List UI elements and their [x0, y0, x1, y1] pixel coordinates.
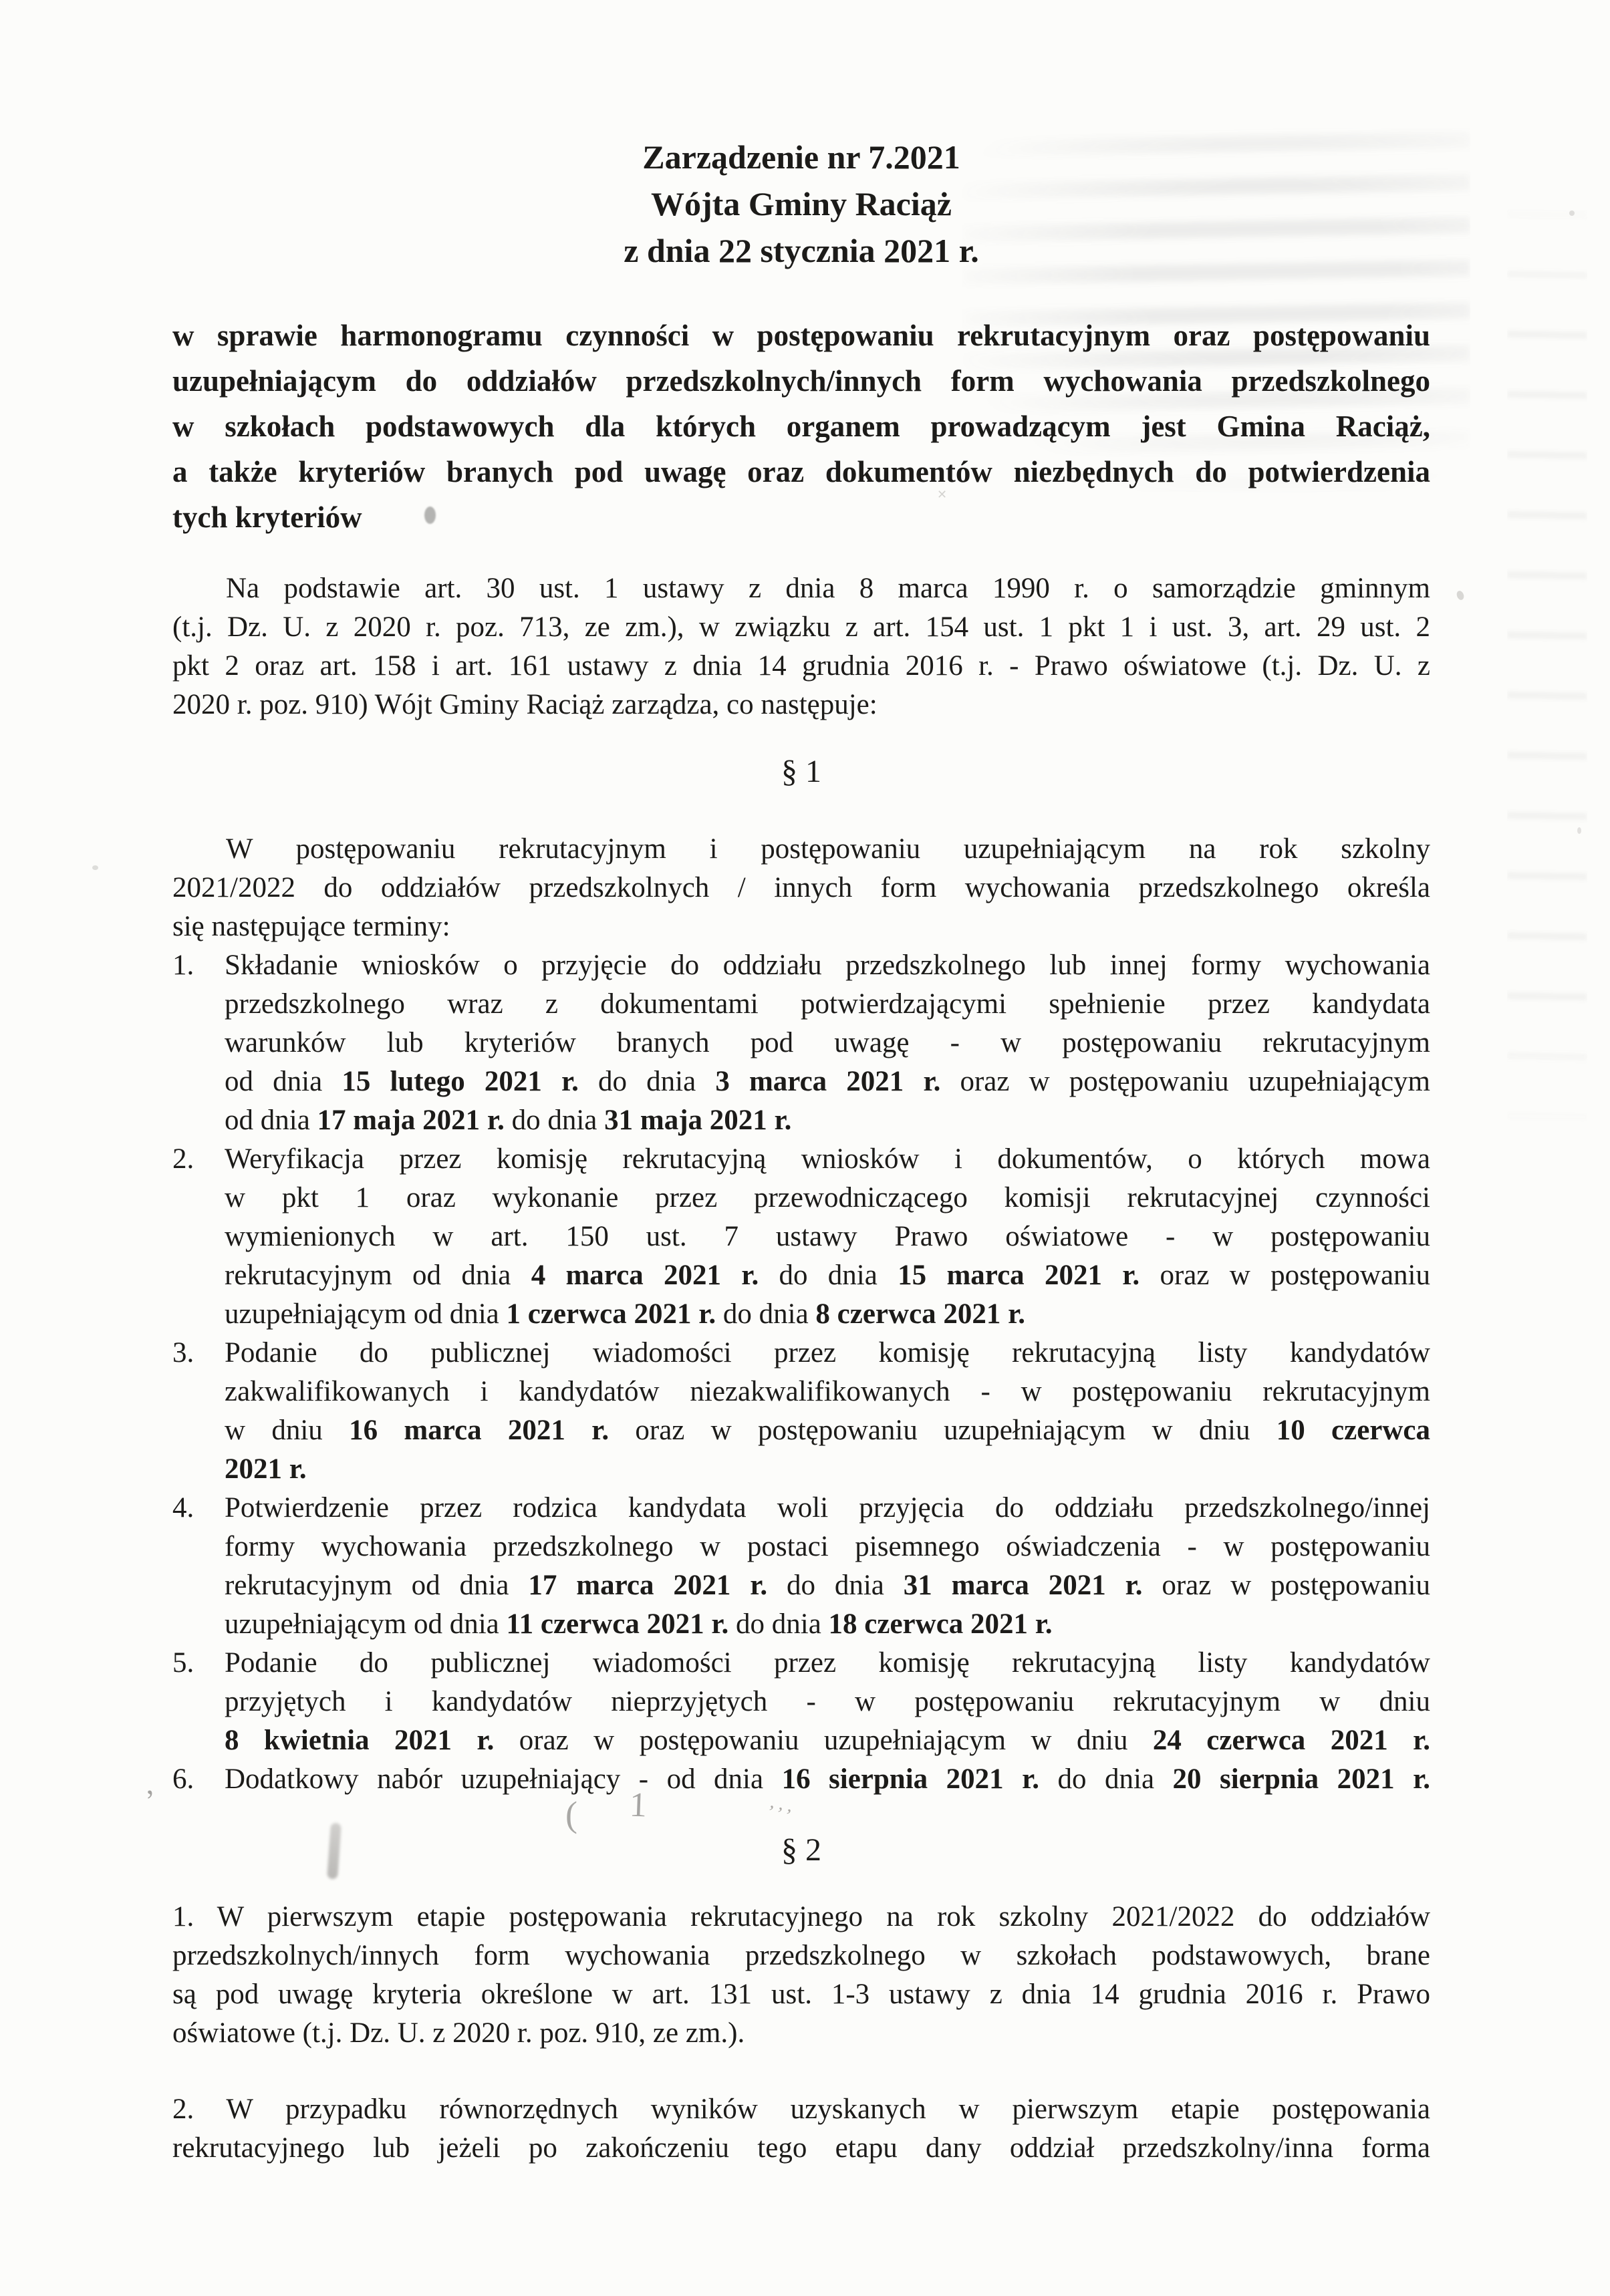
text-line: pkt 2 oraz art. 158 i art. 161 ustawy z …: [172, 647, 1430, 686]
text-run: tych kryteriów: [172, 500, 362, 534]
list-item-number: 6.: [172, 1760, 194, 1799]
text-line: przedszkolnego wraz z dokumentami potwie…: [225, 985, 1430, 1024]
text-run: do dnia: [1039, 1763, 1172, 1795]
text-line: w dniu 16 marca 2021 r. oraz w postępowa…: [225, 1411, 1430, 1450]
text-run: są pod uwagę kryteria określone w art. 1…: [172, 1979, 1430, 2010]
bold-text-run: 11 czerwca 2021 r.: [507, 1608, 729, 1640]
text-run: rekrutacyjnym od dnia: [225, 1570, 528, 1601]
text-run: wymienionych w art. 150 ust. 7 ustawy Pr…: [225, 1221, 1430, 1252]
text-line: Potwierdzenie przez rodzica kandydata wo…: [225, 1489, 1430, 1528]
text-run: W postępowaniu rekrutacyjnym i postępowa…: [226, 833, 1430, 865]
scan-stray-paren: (: [565, 1793, 577, 1835]
text-run: od dnia: [225, 1105, 317, 1136]
text-line: się następujące terminy:: [172, 907, 1430, 946]
text-line: są pod uwagę kryteria określone w art. 1…: [172, 1975, 1430, 2014]
scan-speck: [92, 865, 98, 870]
text-run: w szkołach podstawowych dla których orga…: [172, 410, 1430, 443]
block-title: Zarządzenie nr 7.2021Wójta Gminy Raciążz…: [172, 134, 1430, 274]
text-line: Zarządzenie nr 7.2021: [172, 134, 1430, 180]
scan-edge-noise: [1507, 174, 1587, 1143]
text-line: (t.j. Dz. U. z 2020 r. poz. 713, ze zm.)…: [172, 608, 1430, 647]
text-run: rekrutacyjnym od dnia: [225, 1260, 531, 1291]
list-item-number: 3.: [172, 1334, 194, 1373]
block-s2: § 2: [172, 1831, 1430, 1870]
scan-speck: [1569, 210, 1575, 216]
list-item: 5.Podanie do publicznej wiadomości przez…: [172, 1644, 1430, 1760]
scan-stray-quote: ’: [143, 1782, 158, 1819]
text-run: Potwierdzenie przez rodzica kandydata wo…: [225, 1492, 1430, 1524]
bold-text-run: 16 sierpnia 2021 r.: [782, 1763, 1039, 1795]
text-line: formy wychowania przedszkolnego w postac…: [225, 1528, 1430, 1566]
bold-text-run: 15 marca 2021 r.: [898, 1260, 1139, 1291]
bold-text-run: 31 marca 2021 r.: [904, 1570, 1143, 1601]
bold-text-run: 1 czerwca 2021 r.: [507, 1298, 716, 1330]
block-s2-p1: 1. W pierwszym etapie postępowania rekru…: [172, 1898, 1430, 2053]
text-line: od dnia 17 maja 2021 r. do dnia 31 maja …: [225, 1101, 1430, 1140]
text-run: do dnia: [579, 1066, 715, 1097]
text-run: oraz w postępowaniu uzupełniającym: [940, 1066, 1430, 1097]
text-run: 2021/2022 do oddziałów przedszkolnych / …: [172, 872, 1430, 903]
text-run: Wójta Gminy Raciąż: [651, 185, 952, 223]
text-run: w dniu: [225, 1415, 349, 1446]
text-run: przyjętych i kandydatów nieprzyjętych - …: [225, 1686, 1430, 1717]
text-run: się następujące terminy:: [172, 911, 450, 942]
text-line: zakwalifikowanych i kandydatów niezakwal…: [225, 1373, 1430, 1411]
text-line: uzupełniającym od dnia 11 czerwca 2021 r…: [225, 1605, 1430, 1644]
text-line: Wójta Gminy Raciąż: [172, 180, 1430, 227]
scan-speck-x: ✕: [937, 488, 947, 502]
bold-text-run: 8 czerwca 2021 r.: [815, 1298, 1025, 1330]
text-run: oraz w postępowaniu uzupełniającym w dni…: [494, 1725, 1153, 1756]
bold-text-run: 10 czerwca: [1277, 1415, 1430, 1446]
text-line: 2021 r.: [225, 1450, 1430, 1489]
text-run: § 2: [781, 1832, 821, 1868]
text-run: przedszkolnego wraz z dokumentami potwie…: [225, 988, 1430, 1020]
block-s1: § 1: [172, 752, 1430, 791]
text-run: do dnia: [505, 1105, 604, 1136]
text-run: Weryfikacja przez komisję rekrutacyjną w…: [225, 1143, 1430, 1175]
text-line: przyjętych i kandydatów nieprzyjętych - …: [225, 1683, 1430, 1721]
scan-speck: [1577, 827, 1581, 834]
scan-speck: [1456, 590, 1465, 601]
bold-text-run: 3 marca 2021 r.: [715, 1066, 940, 1097]
block-s2-p2: 2. W przypadku równorzędnych wyników uzy…: [172, 2090, 1430, 2168]
block-subject: w sprawie harmonogramu czynności w postę…: [172, 313, 1430, 540]
text-line: 2020 r. poz. 910) Wójt Gminy Raciąż zarz…: [172, 686, 1430, 724]
bold-text-run: 24 czerwca 2021 r.: [1153, 1725, 1430, 1756]
text-line: w sprawie harmonogramu czynności w postę…: [172, 313, 1430, 358]
text-line: § 1: [172, 752, 1430, 791]
text-run: (t.j. Dz. U. z 2020 r. poz. 713, ze zm.)…: [172, 611, 1430, 643]
scan-smudge-dot: [424, 507, 436, 524]
block-s1-intro: W postępowaniu rekrutacyjnym i postępowa…: [172, 830, 1430, 946]
text-line: 2021/2022 do oddziałów przedszkolnych / …: [172, 869, 1430, 907]
text-run: a także kryteriów branych pod uwagę oraz…: [172, 455, 1430, 488]
text-run: Składanie wniosków o przyjęcie do oddzia…: [225, 950, 1430, 981]
text-run: pkt 2 oraz art. 158 i art. 161 ustawy z …: [172, 650, 1430, 682]
text-run: do dnia: [716, 1298, 815, 1330]
text-run: oraz w postępowaniu: [1142, 1570, 1430, 1601]
text-line: Na podstawie art. 30 ust. 1 ustawy z dni…: [172, 569, 1430, 608]
text-line: uzupełniającym od dnia 1 czerwca 2021 r.…: [225, 1295, 1430, 1334]
bold-text-run: 16 marca 2021 r.: [349, 1415, 609, 1446]
text-run: oraz w postępowaniu: [1139, 1260, 1430, 1291]
list-item: 2.Weryfikacja przez komisję rekrutacyjną…: [172, 1140, 1430, 1334]
bold-text-run: 20 sierpnia 2021 r.: [1173, 1763, 1430, 1795]
text-run: Podanie do publicznej wiadomości przez k…: [225, 1337, 1430, 1369]
text-run: oraz w postępowaniu uzupełniającym w dni…: [609, 1415, 1277, 1446]
text-line: w szkołach podstawowych dla których orga…: [172, 404, 1430, 449]
text-line: 8 kwietnia 2021 r. oraz w postępowaniu u…: [225, 1721, 1430, 1760]
list-item-number: 2.: [172, 1140, 194, 1179]
text-line: uzupełniającym do oddziałów przedszkolny…: [172, 358, 1430, 404]
bold-text-run: 4 marca 2021 r.: [531, 1260, 759, 1291]
text-line: a także kryteriów branych pod uwagę oraz…: [172, 449, 1430, 494]
bold-text-run: 8 kwietnia 2021 r.: [225, 1725, 494, 1756]
bold-text-run: 2021 r.: [225, 1453, 307, 1485]
text-line: rekrutacyjnego lub jeżeli po zakończeniu…: [172, 2129, 1430, 2168]
text-run: w sprawie harmonogramu czynności w postę…: [172, 319, 1430, 352]
text-run: oświatowe (t.j. Dz. U. z 2020 r. poz. 91…: [172, 2017, 745, 2049]
text-line: w pkt 1 oraz wykonanie przez przewodnicz…: [225, 1179, 1430, 1217]
text-line: § 2: [172, 1831, 1430, 1870]
block-s1-list: 1.Składanie wniosków o przyjęcie do oddz…: [172, 946, 1430, 1799]
bold-text-run: 17 maja 2021 r.: [317, 1105, 505, 1136]
bold-text-run: 15 lutego 2021 r.: [342, 1066, 579, 1097]
block-preamble: Na podstawie art. 30 ust. 1 ustawy z dni…: [172, 569, 1430, 724]
text-run: uzupełniającym od dnia: [225, 1608, 507, 1640]
text-run: zakwalifikowanych i kandydatów niezakwal…: [225, 1376, 1430, 1407]
text-line: Składanie wniosków o przyjęcie do oddzia…: [225, 946, 1430, 985]
text-run: uzupełniającym do oddziałów przedszkolny…: [172, 364, 1430, 398]
bold-text-run: 18 czerwca 2021 r.: [829, 1608, 1053, 1640]
text-line: od dnia 15 lutego 2021 r. do dnia 3 marc…: [225, 1062, 1430, 1101]
text-line: przedszkolnych/innych form wychowania pr…: [172, 1936, 1430, 1975]
text-run: przedszkolnych/innych form wychowania pr…: [172, 1940, 1430, 1971]
text-line: Podanie do publicznej wiadomości przez k…: [225, 1644, 1430, 1683]
text-line: rekrutacyjnym od dnia 17 marca 2021 r. d…: [225, 1566, 1430, 1605]
text-line: tych kryteriów: [172, 494, 1430, 540]
list-item-number: 1.: [172, 946, 194, 985]
text-run: do dnia: [728, 1608, 828, 1640]
text-line: W postępowaniu rekrutacyjnym i postępowa…: [172, 830, 1430, 869]
list-item-number: 5.: [172, 1644, 194, 1683]
list-item: 6.Dodatkowy nabór uzupełniający - od dni…: [172, 1760, 1430, 1799]
text-run: do dnia: [767, 1570, 904, 1601]
text-run: uzupełniającym od dnia: [225, 1298, 507, 1330]
text-run: Na podstawie art. 30 ust. 1 ustawy z dni…: [226, 573, 1430, 604]
text-run: z dnia 22 stycznia 2021 r.: [624, 232, 979, 269]
text-line: warunków lub kryteriów branych pod uwagę…: [225, 1024, 1430, 1062]
text-run: od dnia: [225, 1066, 342, 1097]
scan-stray-stroke: 1: [629, 1785, 648, 1826]
text-run: rekrutacyjnego lub jeżeli po zakończeniu…: [172, 2132, 1430, 2164]
text-line: 2. W przypadku równorzędnych wyników uzy…: [172, 2090, 1430, 2129]
text-run: 1. W pierwszym etapie postępowania rekru…: [172, 1901, 1430, 1932]
text-run: § 1: [781, 754, 821, 789]
text-run: warunków lub kryteriów branych pod uwagę…: [225, 1027, 1430, 1058]
list-item: 1.Składanie wniosków o przyjęcie do oddz…: [172, 946, 1430, 1140]
text-line: Podanie do publicznej wiadomości przez k…: [225, 1334, 1430, 1373]
text-line: Dodatkowy nabór uzupełniający - od dnia …: [225, 1760, 1430, 1799]
document-page: Zarządzenie nr 7.2021Wójta Gminy Raciążz…: [0, 0, 1610, 2296]
text-line: Weryfikacja przez komisję rekrutacyjną w…: [225, 1140, 1430, 1179]
bold-text-run: 31 maja 2021 r.: [604, 1105, 791, 1136]
text-line: 1. W pierwszym etapie postępowania rekru…: [172, 1898, 1430, 1936]
list-item: 3.Podanie do publicznej wiadomości przez…: [172, 1334, 1430, 1489]
text-run: Dodatkowy nabór uzupełniający - od dnia: [225, 1763, 782, 1795]
text-line: oświatowe (t.j. Dz. U. z 2020 r. poz. 91…: [172, 2014, 1430, 2053]
document-content: Zarządzenie nr 7.2021Wójta Gminy Raciążz…: [172, 134, 1430, 2168]
text-run: Zarządzenie nr 7.2021: [642, 138, 960, 176]
text-run: 2. W przypadku równorzędnych wyników uzy…: [172, 2094, 1430, 2125]
text-line: rekrutacyjnym od dnia 4 marca 2021 r. do…: [225, 1256, 1430, 1295]
bold-text-run: 17 marca 2021 r.: [528, 1570, 767, 1601]
list-item-number: 4.: [172, 1489, 194, 1528]
text-line: wymienionych w art. 150 ust. 7 ustawy Pr…: [225, 1217, 1430, 1256]
text-run: do dnia: [759, 1260, 898, 1291]
text-line: z dnia 22 stycznia 2021 r.: [172, 227, 1430, 274]
text-run: 2020 r. poz. 910) Wójt Gminy Raciąż zarz…: [172, 689, 878, 720]
text-run: Podanie do publicznej wiadomości przez k…: [225, 1647, 1430, 1679]
list-item: 4.Potwierdzenie przez rodzica kandydata …: [172, 1489, 1430, 1644]
text-run: w pkt 1 oraz wykonanie przez przewodnicz…: [225, 1182, 1430, 1213]
text-run: formy wychowania przedszkolnego w postac…: [225, 1531, 1430, 1562]
